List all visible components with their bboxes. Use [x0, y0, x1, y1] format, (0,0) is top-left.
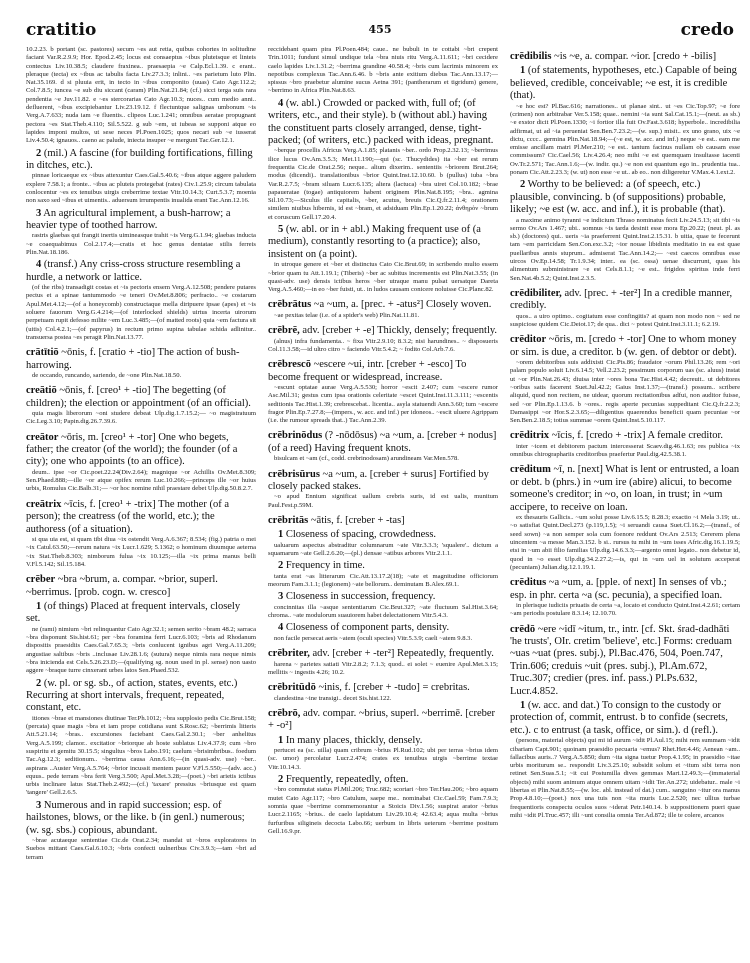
citation-block: ~brae acutaeque sententiae Cic.de Orat.2… — [26, 837, 256, 862]
headword-definition: ~ōris, m. [creo¹ + -tor] One who begets,… — [26, 432, 237, 468]
citation-block: non facile persecat aeris ~atem (oculi s… — [268, 635, 498, 643]
sense-definition: 1 In many places, thickly, densely. — [268, 735, 498, 747]
headword: crēditrix — [510, 430, 549, 441]
sense-text: (mil.) A fascine (for building fortifica… — [26, 148, 253, 171]
dictionary-entry-headword: crēditum ~ī, n. [next] What is lent or e… — [510, 464, 740, 514]
headword-definition: ~ōnis, f. [cratio + -tio] The action of … — [26, 347, 239, 370]
headword: crēbrē, — [268, 325, 300, 336]
citation-block: ~orem debitoribus suis addixisti Cic.Pis… — [510, 359, 740, 425]
citation-block: pertucet ea (sc. uilla) quam cribrum ~br… — [268, 747, 498, 772]
headword-definition: ~is ~e, a. compar. ~ior. [credo + -bilis… — [551, 51, 716, 62]
headword: crēbrō, — [268, 708, 300, 719]
dictionary-entry-headword: crēber ~bra ~brum, a. compar. ~brior, su… — [26, 574, 256, 599]
headword: creātrix — [26, 499, 61, 510]
citation-block: ~bro commutat status Pl.Mil.206; Truc.68… — [268, 786, 498, 836]
citation-block: ualuarum aspectus abstraditur columnarum… — [268, 542, 498, 559]
sense-text: (transf.) Any criss-cross structure rese… — [26, 259, 240, 282]
citation-block: ~berque procellis Africus Verg.A.1.85; p… — [268, 147, 498, 222]
sense-text: An agricultural implement, a bush-harrow… — [26, 208, 231, 231]
sense-text: Worthy to be believed: a (of speech, etc… — [510, 179, 726, 215]
sense-text: In many places, thickly, densely. — [283, 735, 422, 746]
citation-block: inter ~icem et debitorem pactum interces… — [510, 443, 740, 460]
citation-block: bisulcam et ~am (cf., codd. crebrinodosa… — [268, 455, 498, 463]
citation-block: deum.. ipse ~or Cic.poet.22.24(Div.2.64)… — [26, 469, 256, 494]
citation-block: harena ~ parietes satiati Vitr.2.8.2; 7.… — [268, 661, 498, 678]
dictionary-entry-headword: crēditor ~ōris, m. [credo + -tor] One to… — [510, 334, 740, 359]
headword: crēbriter, — [268, 648, 310, 659]
sense-definition: 3 An agricultural implement, a bush-harr… — [26, 208, 256, 233]
dictionary-entry-headword: crēditus ~a ~um, a. [pple. of next] In s… — [510, 577, 740, 602]
citation-block: in plerisque iudiciis priuatis de certa … — [510, 602, 740, 619]
dictionary-columns: 10.2.23. b portant (sc. pastores) secum … — [26, 46, 742, 862]
dictionary-entry-headword: crēbriter, adv. [creber + -ter²] Repeate… — [268, 648, 498, 660]
dictionary-entry-headword: crēbrē, adv. [creber + -e] Thickly, dens… — [268, 325, 498, 337]
dictionary-entry-headword: crēbrō, adv. compar. ~brius, superl. ~be… — [268, 708, 498, 733]
citation-block: itiones ~brae et mansiones diutinae Ter.… — [26, 715, 256, 798]
sense-text: (of things) Placed at frequent intervals… — [26, 601, 240, 624]
sense-definition: 2 (w. pl. or sg. sb., of action, states,… — [26, 678, 256, 715]
headword-definition: adv. compar. ~brius, superl. ~berrimē. [… — [268, 708, 495, 731]
citation-block: ~o apud Ennium significat uallum crebris… — [268, 493, 498, 510]
sense-definition: 1 (of statements, hypotheses, etc.) Capa… — [510, 65, 740, 102]
sense-definition: 2 Worthy to be believed: a (of speech, e… — [510, 179, 740, 216]
dictionary-entry-headword: crēbrinōdus (? -nōdōsus) ~a ~um, a. [cre… — [268, 430, 498, 455]
page-number: 455 — [26, 23, 734, 36]
dictionary-entry-headword: crēbritās ~ātis, f. [creber + -tas] — [268, 515, 498, 527]
headword: creātor — [26, 432, 58, 443]
citation-block: concinnitas illa ~asque sententiarum Cic… — [268, 604, 498, 621]
citation-block: tanta erat ~as litterarum Cic.Att.13.17.… — [268, 573, 498, 590]
headword: crēbritās — [268, 515, 308, 526]
dictionary-entry-headword: crēdibilis ~is ~e, a. compar. ~ior. [cre… — [510, 51, 740, 63]
citation-block: 10.2.23. b portant (sc. pastores) secum … — [26, 46, 256, 146]
headword: crēdibiliter, — [510, 288, 562, 299]
sense-definition: 4 (w. abl.) Crowded or packed with, full… — [268, 98, 498, 148]
sense-definition: 4 Closeness of component parts, density. — [268, 622, 498, 634]
headword-definition: ~ere ~idī ~itum, tr., intr. [cf. Skt. śr… — [510, 624, 732, 697]
headword-definition: ~īcis, f. [credo + -trix] A female credi… — [549, 430, 723, 441]
sense-definition: 1 Closeness of spacing, crowdedness. — [268, 529, 498, 541]
headword: crēbritūdō — [268, 682, 316, 693]
dictionary-entry-headword: crēbritūdō ~inis, f. [creber + -tudo] = … — [268, 682, 498, 694]
sense-definition: 2 Frequency in time. — [268, 560, 498, 572]
citation-block: reccidebant quam pira Pl.Poen.484; caue.… — [268, 46, 498, 96]
citation-block: (alnus) infra fundamenta.. ~ fixa Vitr.2… — [268, 338, 498, 355]
column-2: reccidebant quam pira Pl.Poen.484; caue.… — [268, 46, 498, 862]
headword-definition: adv. [creber + -e] Thickly, densely; fre… — [300, 325, 497, 336]
citation-block: quos.. a uiro optimo.. cogitatum esse co… — [510, 313, 740, 330]
citation-block: de occando, runcando, sariendo, de ~one … — [26, 372, 256, 380]
headword: crātītiō — [26, 347, 59, 358]
dictionary-entry-headword: crātītiō ~ōnis, f. [cratio + -tio] The a… — [26, 347, 256, 372]
citation-block: in utroque genere et ~ber et distinctus … — [268, 261, 498, 294]
headword: crēbrātus — [268, 299, 311, 310]
headword-definition: adv. [creber + -ter²] Repeatedly, freque… — [310, 648, 494, 659]
sense-text: (w. abl. or in + abl.) Making frequent u… — [268, 224, 481, 260]
headword: crēditum — [510, 464, 551, 475]
citation-block: (of the ribs) transadigit costas et ~is … — [26, 284, 256, 342]
headword-definition: ~ōnis, f. [creo¹ + -tio] The begetting (… — [26, 385, 251, 408]
sense-text: (of statements, hypotheses, etc.) Capabl… — [510, 65, 737, 101]
citation-block: (persons, material objects) qui mi id au… — [510, 737, 740, 820]
dictionary-entry-headword: crēdō ~ere ~idī ~itum, tr., intr. [cf. S… — [510, 624, 740, 698]
headword-definition: ~a ~um, a. [prec. + -atus²] Closely wove… — [311, 299, 491, 310]
citation-block: rastris glaebas qui frangit inertis uimi… — [26, 232, 256, 257]
citation-block: clandestina ~ine transigi.. decet Sis.hi… — [268, 695, 498, 703]
column-3: crēdibilis ~is ~e, a. compar. ~ior. [cre… — [510, 46, 740, 862]
headword: crēbrinōdus — [268, 430, 322, 441]
sense-definition: 4 (transf.) Any criss-cross structure re… — [26, 259, 256, 284]
column-1: 10.2.23. b portant (sc. pastores) secum … — [26, 46, 256, 862]
sense-definition: 3 Closeness in succession, frequency. — [268, 591, 498, 603]
sense-text: (w. abl.) Crowded or packed with, full o… — [268, 98, 493, 146]
headword-definition: ~bra ~brum, a. compar. ~brior, superl. ~… — [26, 574, 218, 597]
sense-text: Frequently, repeatedly, often. — [283, 774, 408, 785]
dictionary-entry-headword: creātrix ~īcis, f. [creo¹ + -trix] The m… — [26, 499, 256, 536]
headword: crēditor — [510, 334, 546, 345]
headword: crēditus — [510, 577, 546, 588]
citation-block: pinnae loricaeque ex ~ibus attexuntur Ca… — [26, 172, 256, 205]
dictionary-entry-headword: creātiō ~ōnis, f. [creo¹ + -tio] The beg… — [26, 385, 256, 410]
headword: crēbrisūrus — [268, 469, 320, 480]
citation-block: ex thesauris Gallicis.. ~um solui posse … — [510, 514, 740, 572]
headword-definition: ~ātis, f. [creber + -tas] — [308, 515, 404, 526]
sense-text: Closeness of component parts, density. — [283, 622, 449, 633]
page-header: cratitio 455 credo — [26, 20, 734, 40]
dictionary-entry-headword: crēbrescō ~escere ~ui, intr. [creber + -… — [268, 359, 498, 384]
headword: crēdibilis — [510, 51, 551, 62]
headword: crēbrescō — [268, 359, 311, 370]
dictionary-entry-headword: crēbrātus ~a ~um, a. [prec. + -atus²] Cl… — [268, 299, 498, 311]
sense-text: Closeness of spacing, crowdedness. — [283, 529, 436, 540]
sense-text: (w. pl. or sg. sb., of action, states, e… — [26, 678, 237, 714]
citation-block: ~e hoc est? Pl.Bac.616; narrationes.. ut… — [510, 103, 740, 178]
citation-block: si qua uia est, si quam tibi diua ~ix os… — [26, 536, 256, 569]
sense-text: Closeness in succession, frequency. — [283, 591, 435, 602]
citation-block: ~ae pexitas telae (i.e. of a spider's we… — [268, 312, 498, 320]
citation-block: quia magis liberorum ~oni studere debeat… — [26, 410, 256, 427]
sense-definition: 1 (of things) Placed at frequent interva… — [26, 601, 256, 626]
sense-text: Frequency in time. — [283, 560, 365, 571]
sense-text: (w. acc. and dat.) To consign to the cus… — [510, 700, 728, 736]
citation-block: a maxime animo tyranni ~e indicium Thras… — [510, 217, 740, 283]
headword-definition: ~inis, f. [creber + -tudo] = crebritas. — [316, 682, 470, 693]
headword: crēber — [26, 574, 55, 585]
dictionary-entry-headword: crēditrix ~īcis, f. [credo + -trix] A fe… — [510, 430, 740, 442]
dictionary-entry-headword: crēbrisūrus ~a ~um, a. [creber + surus] … — [268, 469, 498, 494]
guide-word-right: credo — [681, 20, 734, 40]
sense-definition: 3 Numerous and in rapid succession; esp.… — [26, 800, 256, 837]
sense-definition: 1 (w. acc. and dat.) To consign to the c… — [510, 700, 740, 737]
citation-block: ne (rami) nimium ~bri relinquantur Cato … — [26, 626, 256, 676]
sense-definition: 5 (w. abl. or in + abl.) Making frequent… — [268, 224, 498, 261]
sense-text: Numerous and in rapid succession; esp. o… — [26, 800, 245, 836]
headword: crēdō — [510, 624, 535, 635]
headword: creātiō — [26, 385, 57, 396]
sense-definition: 2 Frequently, repeatedly, often. — [268, 774, 498, 786]
citation-block: ~escunt optatae aurae Verg.A.5.530; horr… — [268, 384, 498, 425]
sense-definition: 2 (mil.) A fascine (for building fortifi… — [26, 148, 256, 173]
dictionary-entry-headword: crēdibiliter, adv. [prec. + -ter²] In a … — [510, 288, 740, 313]
dictionary-entry-headword: creātor ~ōris, m. [creo¹ + -tor] One who… — [26, 432, 256, 469]
